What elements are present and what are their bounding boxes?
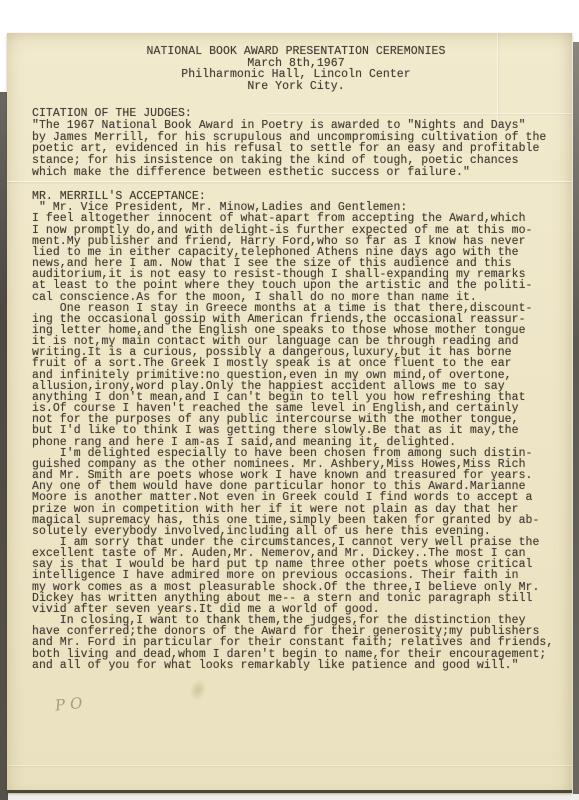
citation-body: "The 1967 National Book Award in Poetry … [32, 120, 560, 179]
document-header: NATIONAL BOOK AWARD PRESENTATION CEREMON… [32, 46, 560, 92]
typed-line: at least to the point where they touch u… [32, 280, 560, 291]
pencil-annotation: PO [54, 693, 88, 714]
typed-line: intelligence I have admired more on prev… [32, 570, 560, 581]
acceptance-body: " Mr. Vice President, Mr. Minow,Ladies a… [32, 202, 560, 671]
scanned-document: NATIONAL BOOK AWARD PRESENTATION CEREMON… [0, 0, 579, 800]
typed-content: NATIONAL BOOK AWARD PRESENTATION CEREMON… [32, 46, 560, 671]
typed-line: prize won in competition with her if it … [32, 504, 560, 515]
citation-section: CITATION OF THE JUDGES: "The 1967 Nation… [32, 108, 560, 178]
document-page: NATIONAL BOOK AWARD PRESENTATION CEREMON… [7, 33, 572, 793]
typed-line: and all of you for what looks remarkably… [32, 660, 560, 671]
document-title: NATIONAL BOOK AWARD PRESENTATION CEREMON… [32, 46, 560, 58]
typed-line: Moore is another matter.Not even in Gree… [32, 492, 560, 503]
scan-edge-right [573, 42, 579, 794]
acceptance-section: MR. MERRILL'S ACCEPTANCE: " Mr. Vice Pre… [32, 191, 560, 671]
typed-line: I feel altogether innocent of what-apart… [32, 213, 560, 224]
typed-line: fruit of a sort.The Greek I mostly speak… [32, 358, 560, 369]
typed-line: and Mr. Ford in particular for their con… [32, 637, 560, 648]
stain-mark [187, 677, 210, 703]
document-city: Nre York City. [32, 81, 560, 93]
typed-line: which make the difference between esthet… [32, 167, 560, 179]
typed-line: but I'd like to think I was getting ther… [32, 425, 560, 436]
fold-crease-horizontal [7, 765, 572, 766]
